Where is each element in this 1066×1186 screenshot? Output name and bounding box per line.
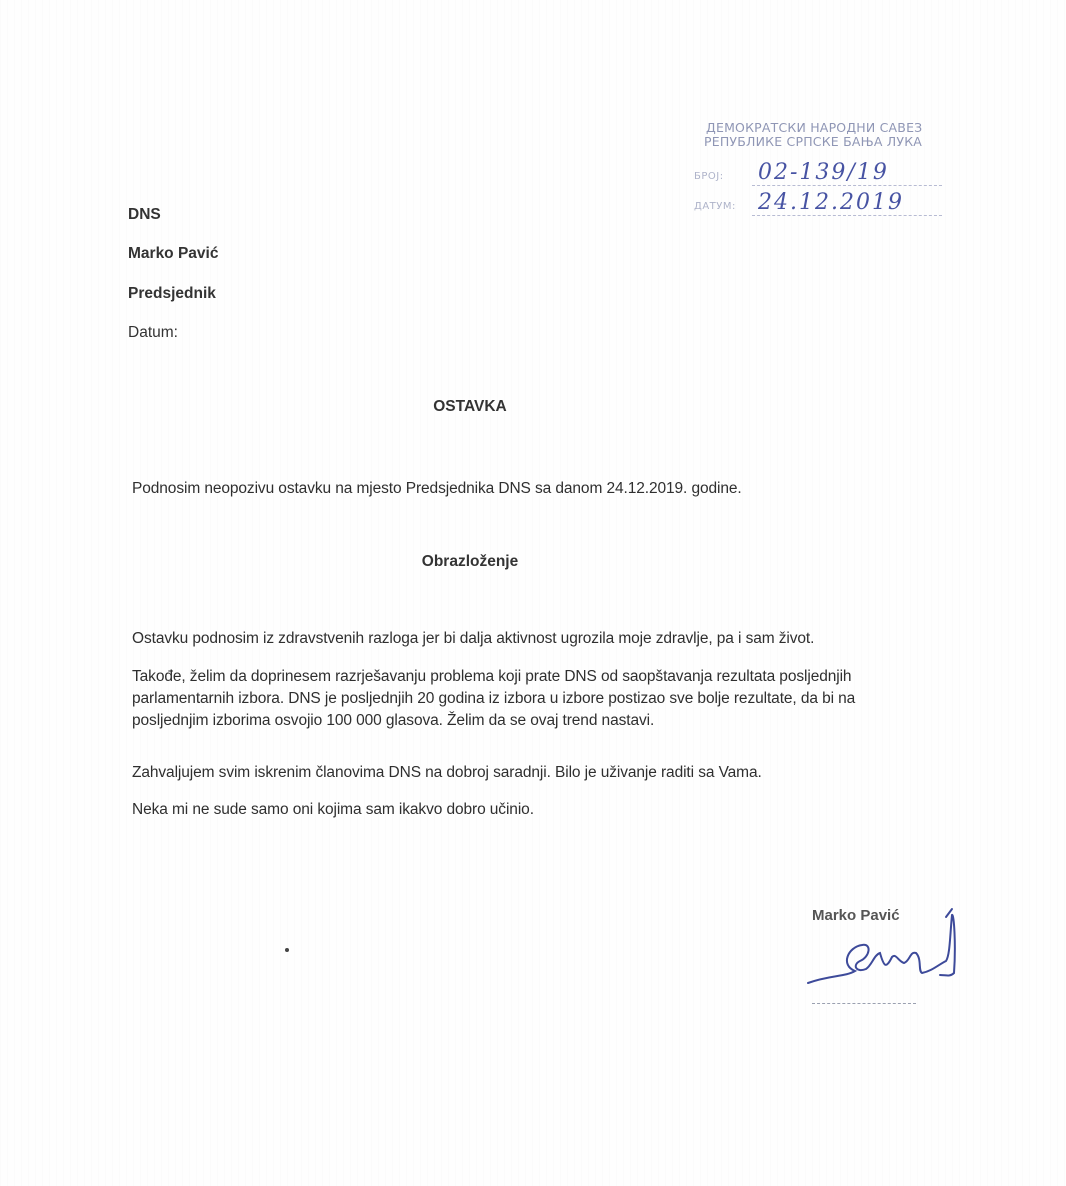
stamp-organization-line1: ДЕМОКРАТСКИ НАРОДНИ САВЕЗ <box>706 120 922 135</box>
header-party: DNS <box>128 206 161 224</box>
header-position: Predsjednik <box>128 285 216 303</box>
paragraph-closing: Neka mi ne sude samo oni kojima sam ikak… <box>132 799 932 821</box>
header-date-label: Datum: <box>128 324 178 342</box>
stamp-number-row: БРОЈ:02-139/19 <box>694 160 942 186</box>
stamp-date-label: ДАТУМ: <box>694 201 752 212</box>
reasoning-title: Obrazloženje <box>0 553 940 571</box>
stamp-organization-line2: РЕПУБЛИКЕ СРПСКЕ БАЊА ЛУКА <box>704 134 922 149</box>
handwritten-signature <box>800 895 980 995</box>
scan-speck <box>285 948 289 952</box>
document-title: OSTAVKA <box>0 398 940 416</box>
header-name: Marko Pavić <box>128 245 218 263</box>
stamp-date-value: 24.12.2019 <box>752 190 942 216</box>
document-page: ДЕМОКРАТСКИ НАРОДНИ САВЕЗ РЕПУБЛИКЕ СРПС… <box>0 0 1066 1186</box>
paragraph-health: Ostavku podnosim iz zdravstvenih razloga… <box>132 628 932 650</box>
stamp-number-label: БРОЈ: <box>694 171 752 182</box>
signature-line <box>812 1003 916 1004</box>
paragraph-thanks: Zahvaljujem svim iskrenim članovima DNS … <box>132 762 932 784</box>
resignation-statement: Podnosim neopozivu ostavku na mjesto Pre… <box>132 478 932 500</box>
stamp-number-value: 02-139/19 <box>752 160 942 186</box>
paragraph-elections: Takođe, želim da doprinesem razrješavanj… <box>132 666 932 732</box>
stamp-date-row: ДАТУМ:24.12.2019 <box>694 190 942 216</box>
registry-stamp: ДЕМОКРАТСКИ НАРОДНИ САВЕЗ РЕПУБЛИКЕ СРПС… <box>690 112 970 222</box>
